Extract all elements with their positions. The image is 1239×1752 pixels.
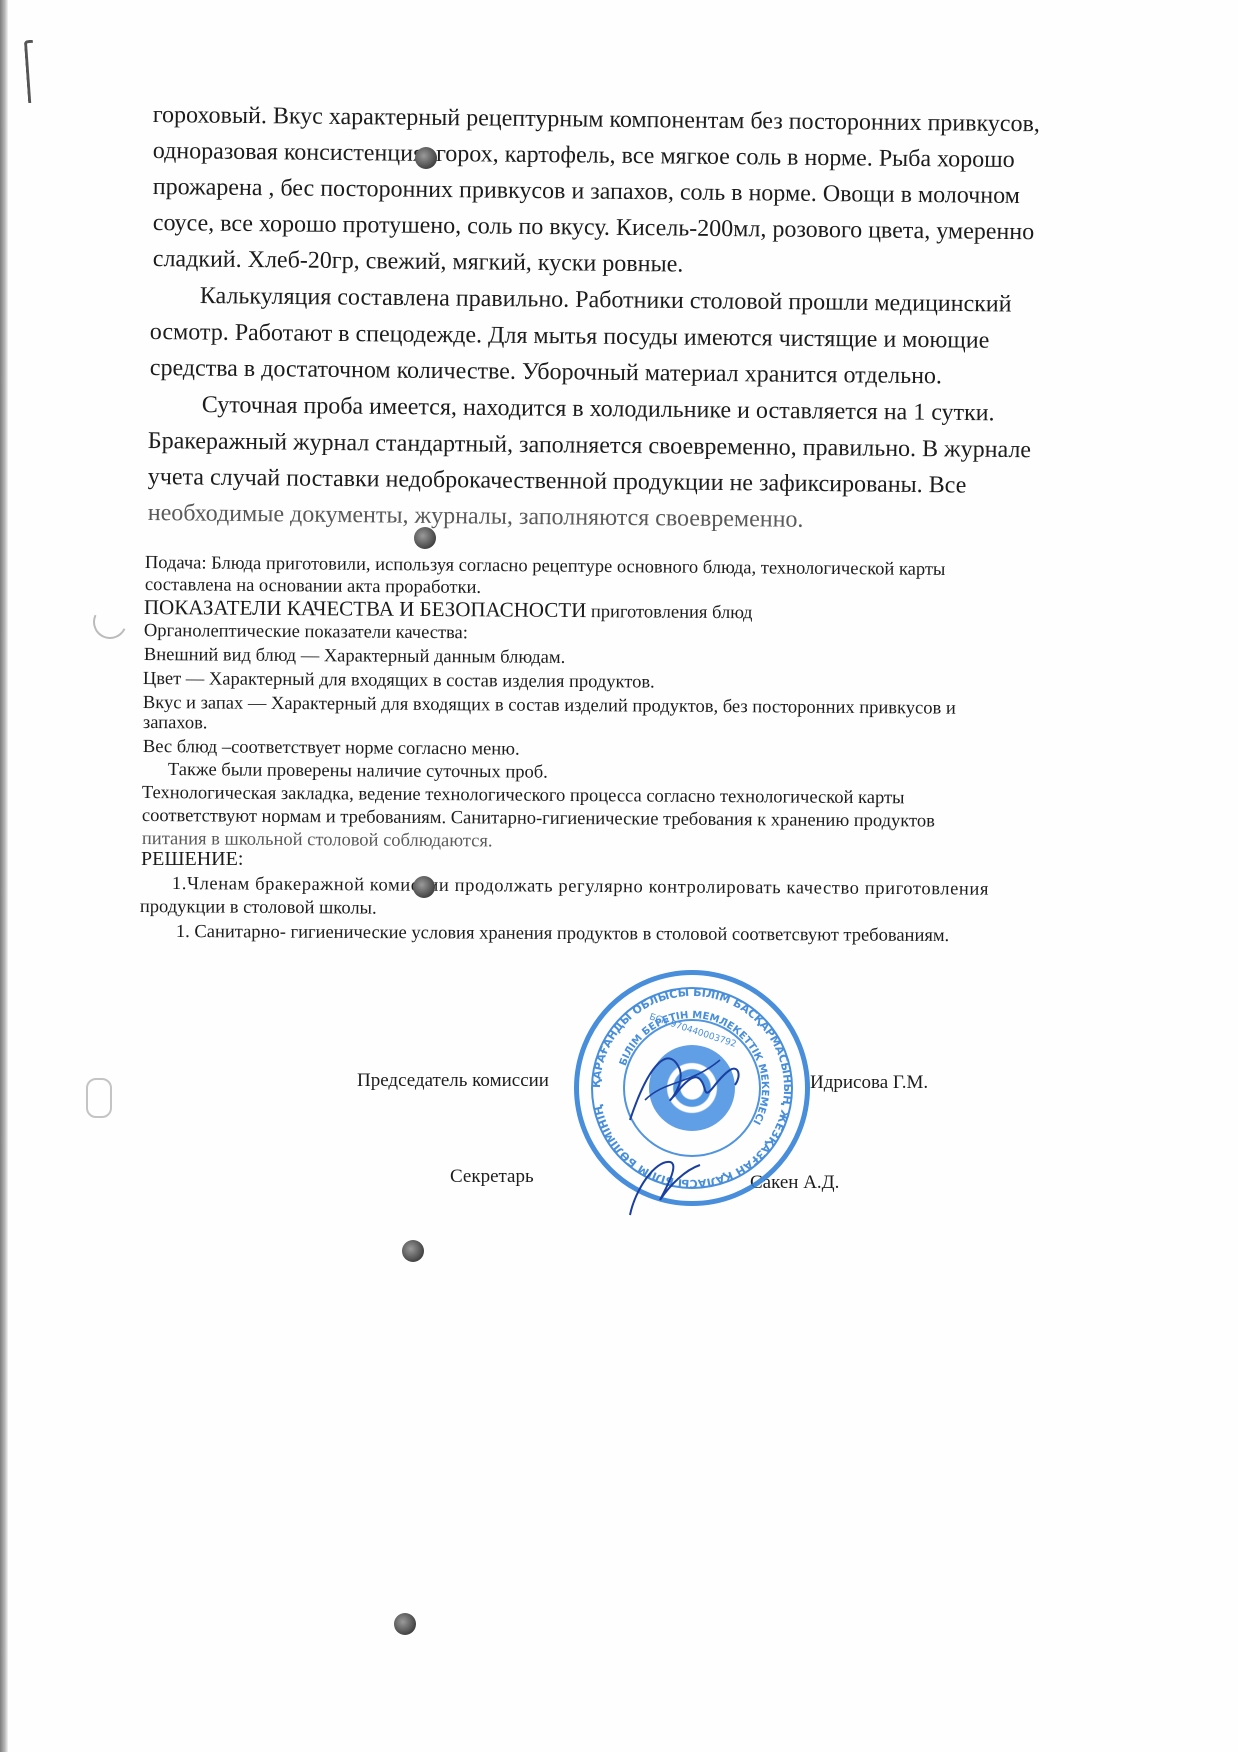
decision-heading: РЕШЕНИЕ: (141, 848, 243, 871)
punch-hole-mark (402, 1240, 424, 1262)
text-line: запахов. (143, 713, 208, 734)
text-line: Вкус и запах — Характерный для входящих … (143, 693, 956, 720)
text-line: необходимые документы, журналы, заполняю… (148, 500, 804, 534)
text-line: средства в достаточном количестве. Уборо… (150, 355, 942, 390)
text-line: Цвет — Характерный для входящих в состав… (143, 669, 655, 694)
text-line: Бракеражный журнал стандартный, заполняе… (148, 428, 1031, 464)
quality-heading: ПОКАЗАТЕЛИ КАЧЕСТВА И БЕЗОПАСНОСТИ приго… (144, 595, 753, 624)
decision-item: 1.Членам бракеражной комиссии продолжать… (172, 874, 989, 901)
chair-label: Председатель комиссии (357, 1070, 549, 1092)
text-line: осмотр. Работают в спецодежде. Для мытья… (150, 319, 990, 355)
scan-edge-shadow (0, 0, 8, 1752)
text-line: гороховый. Вкус характерный рецептурным … (153, 102, 1040, 138)
text-line: одноразовая консистенция, горох, картофе… (153, 138, 1015, 174)
text-line: учета случай поставки недоброкачественно… (148, 464, 967, 500)
punch-hole-mark (415, 147, 437, 169)
text-line: прожарена , бес посторонних привкусов и … (153, 174, 1020, 210)
decision-item: 1. Санитарно- гигиенические условия хран… (176, 922, 949, 947)
chair-signature (620, 1040, 750, 1130)
handwritten-bracket-mark (24, 40, 37, 103)
binder-ring-mark (88, 600, 132, 644)
text-line: соусе, все хорошо протушено, соль по вку… (153, 210, 1035, 246)
secretary-signature (625, 1150, 715, 1220)
text-line: Вес блюд –соответствует норме согласно м… (143, 737, 520, 761)
punch-hole-mark (413, 876, 435, 898)
text-line: Калькуляция составлена правильно. Работн… (200, 283, 1012, 318)
punch-hole-mark (414, 527, 436, 549)
scanned-document-page: гороховый. Вкус характерный рецептурным … (0, 0, 1239, 1752)
text-line: Органолептические показатели качества: (144, 621, 468, 644)
binder-ring-mark (86, 1078, 112, 1118)
chair-name: Идрисова Г.М. (810, 1072, 928, 1094)
text-line: Технологическая закладка, ведение технол… (142, 783, 905, 809)
text-line: Также были проверены наличие суточных пр… (168, 760, 548, 784)
secretary-label: Секретарь (450, 1166, 534, 1188)
quality-heading-rest: приготовления блюд (586, 602, 752, 623)
quality-heading-caps: ПОКАЗАТЕЛИ КАЧЕСТВА И БЕЗОПАСНОСТИ (144, 595, 587, 622)
text-line: сладкий. Хлеб-20гр, свежий, мягкий, куск… (153, 246, 684, 279)
decision-item: продукции в столовой школы. (140, 897, 377, 920)
punch-hole-mark (394, 1613, 416, 1635)
text-line: Внешний вид блюд — Характерный данным бл… (144, 645, 565, 669)
text-line: Суточная проба имеется, находится в холо… (202, 392, 995, 427)
text-line: соответствуют нормам и требованиям. Сани… (142, 806, 935, 833)
